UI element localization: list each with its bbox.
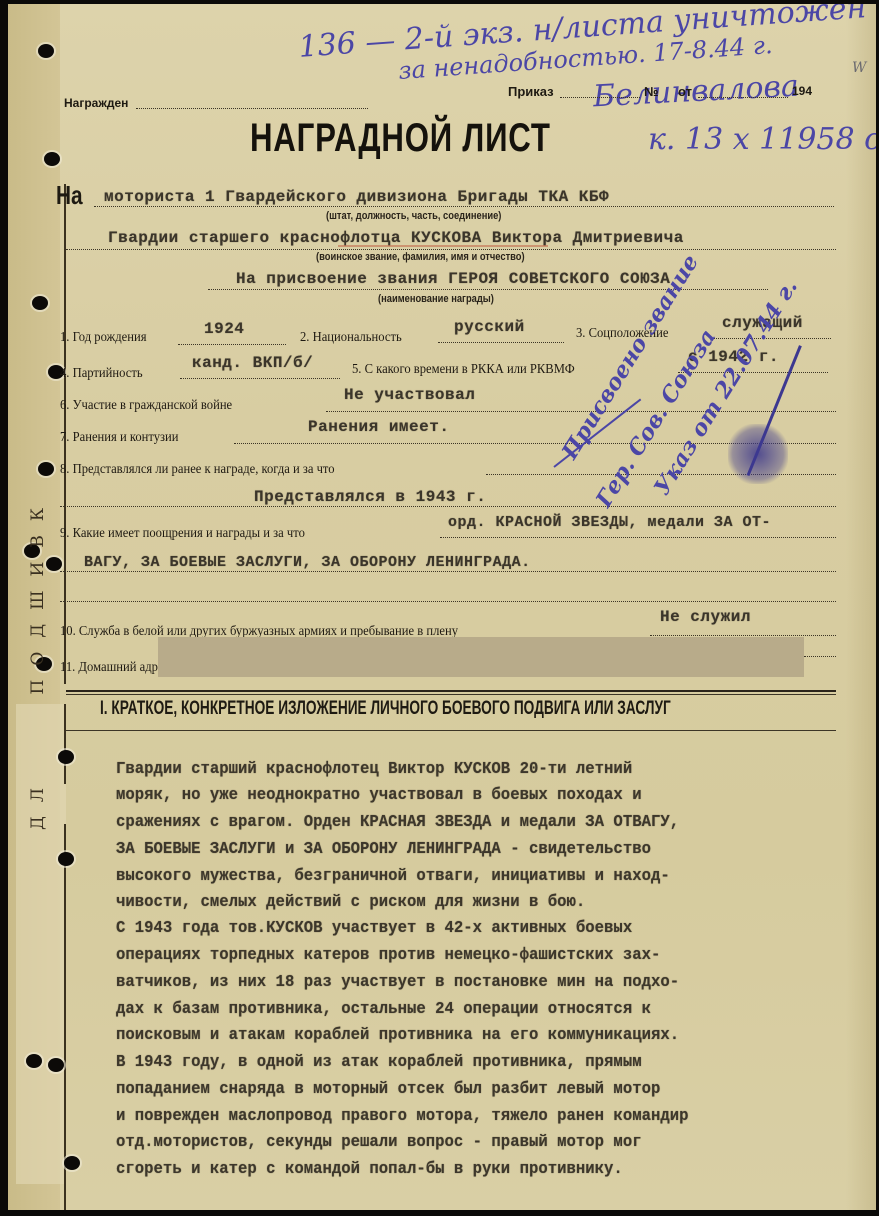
field-label-previous-nomination: 8. Представлялся ли ранее к награде, ког… [60, 462, 335, 478]
field-line [60, 601, 836, 602]
award-sheet-page: ПОДШИВК ДЛ 136 — 2-й экз. н/листа уничто… [8, 4, 876, 1210]
field-value-civil-war: Не участвовал [344, 386, 475, 404]
margin-label-binding: ПОДШИВК [28, 494, 52, 694]
narrative-line: С 1943 года тов.КУСКОВ участвует в 42-х … [116, 919, 632, 938]
narrative-line: операциях торпедных катеров против немец… [116, 946, 660, 965]
rank-name-caption: (воинское звание, фамилия, имя и отчеств… [316, 251, 525, 263]
field-line [678, 372, 828, 373]
awarded-label: Награжден [64, 96, 128, 110]
narrative-line: дах к базам противника, остальные 24 опе… [116, 1000, 651, 1019]
position-caption: (штат, должность, часть, соединение) [326, 210, 501, 222]
field-label-nationality: 2. Национальность [300, 330, 402, 346]
field-label-party: 4. Партийность [60, 366, 143, 382]
field-line [804, 656, 836, 657]
order-year: 194 [792, 84, 812, 98]
field-value-awards-line1: орд. КРАСНОЙ ЗВЕЗДЫ, медали ЗА ОТ- [448, 514, 771, 531]
punch-hole [48, 1058, 64, 1072]
section-top-rule [66, 694, 836, 695]
field-line [440, 537, 836, 538]
award-caption: (наименование награды) [378, 293, 494, 305]
field-value-party: канд. ВКП/б/ [192, 354, 313, 372]
narrative-line: сгореть и катер с командой попал-бы в ру… [116, 1160, 623, 1179]
order-label: Приказ [508, 84, 554, 99]
punch-hole [26, 1054, 42, 1068]
field-label-home-address: 11. Домашний адре [60, 660, 164, 676]
punch-hole [32, 296, 48, 310]
field-value-nationality: русский [454, 318, 525, 336]
field-label-civil-war: 6. Участие в гражданской войне [60, 398, 232, 414]
field-line [438, 342, 564, 343]
nominee-position: моториста 1 Гвардейского дивизиона Брига… [104, 188, 609, 206]
handwritten-signature: Белинвалова [592, 69, 799, 115]
paper-stain [846, 4, 876, 1210]
handwritten-mark: W [852, 60, 866, 76]
punch-hole [58, 852, 74, 866]
handwritten-reference: к. 13 х 11958 с [648, 122, 876, 157]
section-title: I. КРАТКОЕ, КОНКРЕТНОЕ ИЗЛОЖЕНИЕ ЛИЧНОГО… [100, 698, 671, 720]
narrative-line: ЗА БОЕВЫЕ ЗАСЛУГИ и ЗА ОБОРОНУ ЛЕНИНГРАД… [116, 840, 651, 859]
field-value-previous-nomination: Представлялся в 1943 г. [254, 488, 486, 506]
order-from-label: от [678, 84, 692, 99]
narrative-line: Гвардии старший краснофлотец Виктор КУСК… [116, 760, 632, 779]
redacted-address [158, 637, 804, 677]
order-blank [560, 97, 640, 98]
narrative-line: высокого мужества, безграничной отваги, … [116, 867, 670, 886]
narrative-line: попаданием снаряда в моторный отсек был … [116, 1080, 660, 1099]
section-bottom-rule [66, 730, 836, 731]
field-value-wounds: Ранения имеет. [308, 418, 449, 436]
field-label-service-since: 5. С какого времени в РККА или РКВМФ [352, 362, 575, 378]
narrative-line: ватчиков, из них 18 раз участвует в пост… [116, 973, 679, 992]
field-value-birth-year: 1924 [204, 320, 244, 338]
narrative-line: и поврежден маслопровод правого мотора, … [116, 1107, 689, 1126]
field-line [178, 344, 286, 345]
field-line [180, 378, 340, 379]
narrative-line: поисковым и атакам кораблей противника н… [116, 1026, 679, 1045]
red-underline [338, 245, 548, 247]
punch-hole [38, 44, 54, 58]
punch-hole [44, 152, 60, 166]
field-label-awards: 9. Какие имеет поощрения и награды и за … [60, 526, 305, 542]
order-date-blank [698, 97, 788, 98]
narrative-line: сражениях с врагом. Орден КРАСНАЯ ЗВЕЗДА… [116, 813, 679, 832]
order-no-label: № [644, 84, 659, 99]
nominee-award: На присвоение звания ГЕРОЯ СОВЕТСКОГО СО… [236, 270, 670, 288]
nominee-prefix: На [56, 180, 83, 211]
field-line [60, 506, 836, 507]
margin-rule [64, 704, 66, 784]
margin-label-for: ДЛ [28, 774, 52, 830]
field-label-birth-year: 1. Год рождения [60, 330, 147, 346]
narrative-line: чивости, смелых действий с риском для жи… [116, 893, 585, 912]
field-label-wounds: 7. Ранения и контузии [60, 430, 178, 446]
field-line [60, 571, 836, 572]
narrative-line: отд.мотористов, секунды решали вопрос - … [116, 1133, 642, 1152]
punch-hole [38, 462, 54, 476]
punch-hole [58, 750, 74, 764]
section-top-rule [66, 690, 836, 692]
field-value-awards-line2: ВАГУ, ЗА БОЕВЫЕ ЗАСЛУГИ, ЗА ОБОРОНУ ЛЕНИ… [84, 554, 531, 571]
position-line [94, 206, 834, 207]
narrative-line: В 1943 году, в одной из атак кораблей пр… [116, 1053, 642, 1072]
field-line [650, 635, 836, 636]
awarded-blank [136, 108, 368, 109]
punch-hole [64, 1156, 80, 1170]
margin-rule [64, 824, 66, 1210]
field-value-white-army: Не служил [660, 608, 751, 626]
narrative-line: моряк, но уже неоднократно участвовал в … [116, 786, 642, 805]
rank-name-line [66, 249, 836, 250]
page-title: НАГРАДНОЙ ЛИСТ [250, 116, 551, 161]
